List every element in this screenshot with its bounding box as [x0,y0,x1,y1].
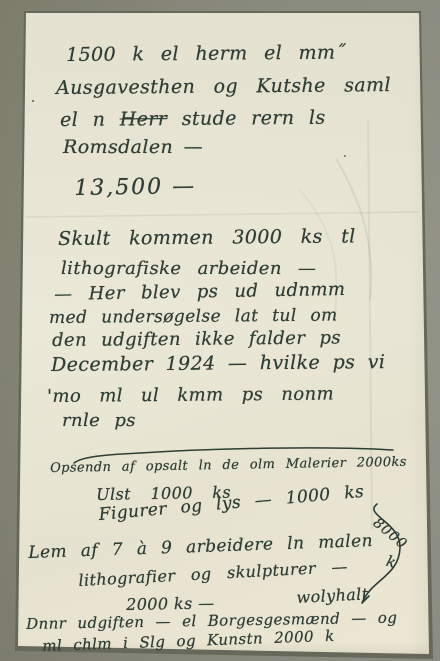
handwriting-line-03: el n Herr stude rern ls [60,107,326,131]
handwriting-line-10: den udgiften ikke falder ps [52,327,341,351]
handwriting-line-03-post: stude rern ls [167,107,325,130]
handwriting-line-13: rnle ps [62,410,136,431]
handwriting-line-19-amount: 2000 ks — [126,593,215,614]
handwriting-line-02: Ausgavesthen og Kutshe saml [56,74,391,99]
diagonal-crease-2 [300,190,337,322]
paper-speck [32,100,34,102]
handwriting-line-09: med undersøgelse lat tul om [49,305,338,328]
handwriting-line-07: lithografiske arbeiden — [61,258,316,279]
handwriting-line-19-note: wolyhalt [296,584,369,607]
handwriting-line-06: Skult kommen 3000 ks tl [58,225,356,250]
handwriting-line-04: Romsdalen — [63,136,203,158]
handwriting-line-11-date: December 1924 — hvilke ps vi [51,351,385,376]
handwriting-line-03-pre: el n [60,108,120,131]
ink-dot [344,155,346,157]
handwriting-line-03-struck-word: Herr [120,108,168,130]
handwriting-line-12: 'mo ml ul kmm ps nonm [47,383,334,407]
photographed-note-scene: 1500 k el herm el mm˝ Ausgavesthen og Ku… [0,0,440,661]
handwriting-line-01: 1500 k el herm el mm˝ [66,42,345,66]
handwriting-line-05-amount: 13,500 — [74,174,196,201]
